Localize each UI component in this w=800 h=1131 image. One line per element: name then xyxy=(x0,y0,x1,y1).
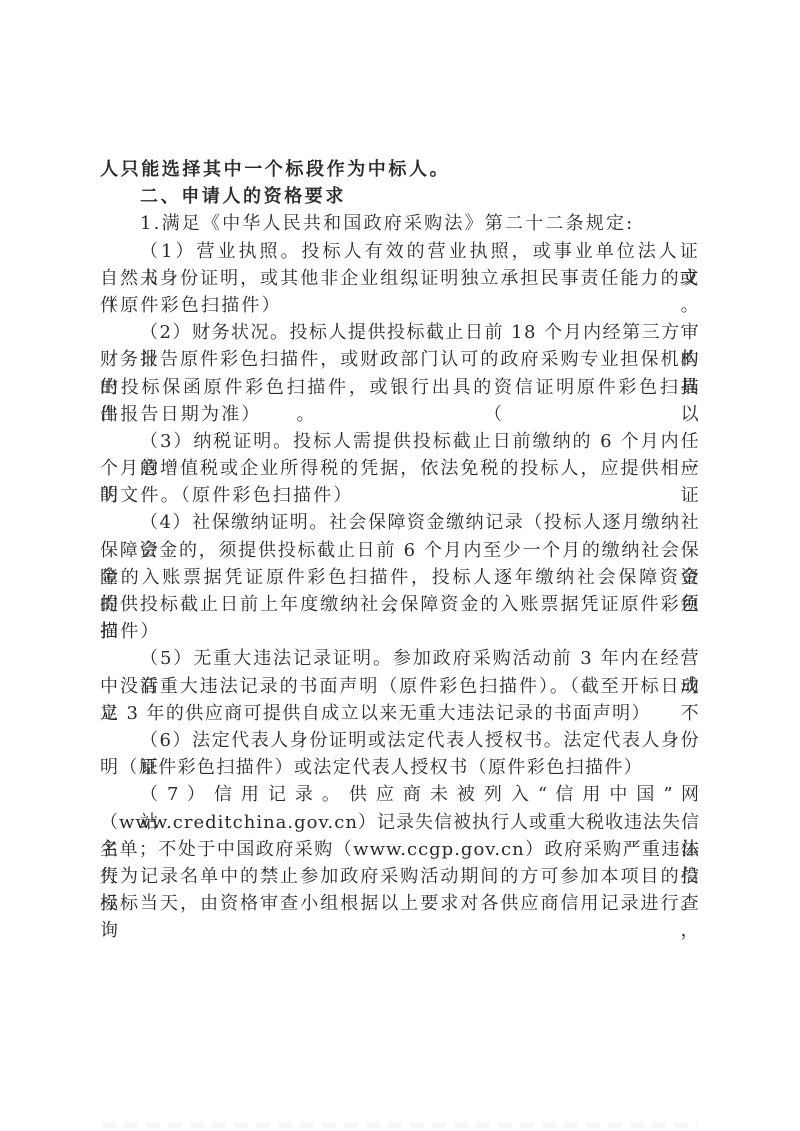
item-4-line-4: 提供投标截止日前上年度缴纳社会保障资金的入账票据凭证原件彩色扫 xyxy=(100,591,700,618)
item-1-line-1: （1）营业执照。投标人有效的营业执照，或事业单位法人证书，或 xyxy=(100,238,700,265)
item-3-line-1: （3）纳税证明。投标人需提供投标截止日前缴纳的 6 个月内任意一 xyxy=(100,428,700,455)
item-3-line-2: 个月的增值税或企业所得税的凭据，依法免税的投标人，应提供相应的证 xyxy=(100,455,700,482)
item-6-line-1: （6）法定代表人身份证明或法定代表人授权书。法定代表人身份证 xyxy=(100,727,700,754)
clause-1-intro: 1.满足《中华人民共和国政府采购法》第二十二条规定: xyxy=(100,210,700,237)
scan-bleed-through xyxy=(102,1122,698,1128)
item-2-line-2: 财务报告原件彩色扫描件，或财政部门认可的政府采购专业担保机构出具 xyxy=(100,346,700,373)
continuation-line: 人只能选择其中一个标段作为中标人。 xyxy=(100,156,700,183)
item-4-line-1: （4）社保缴纳证明。社会保障资金缴纳记录（投标人逐月缴纳社会 xyxy=(100,509,700,536)
item-5-line-1: （5）无重大违法记录证明。参加政府采购活动前 3 年内在经营活动 xyxy=(100,645,700,672)
item-7-line-4: 行为记录名单中的禁止参加政府采购活动期间的方可参加本项目的投标。 xyxy=(100,863,700,890)
document-page: 人只能选择其中一个标段作为中标人。 二、申请人的资格要求 1.满足《中华人民共和… xyxy=(100,156,700,917)
item-7-line-5: 投标当天，由资格审查小组根据以上要求对各供应商信用记录进行查询， xyxy=(100,890,700,917)
item-7-line-1: （ 7 ） 信 用 记 录 。 供 应 商 未 被 列 入 “ 信 用 中 国 … xyxy=(100,781,700,808)
item-5-line-2: 中没有重大违法记录的书面声明（原件彩色扫描件）。（截至开标日成立不 xyxy=(100,673,700,700)
item-7-line-3: 名单；不处于中国政府采购（www.ccgp.gov.cn）政府采购严重违法失信 xyxy=(100,836,700,863)
item-1-line-2: 自然人身份证明，或其他非企业组织证明独立承担民事责任能力的文件。 xyxy=(100,265,700,292)
section-heading: 二、申请人的资格要求 xyxy=(100,183,700,210)
item-6-line-2: 明（原件彩色扫描件）或法定代表人授权书（原件彩色扫描件） xyxy=(100,754,700,781)
item-7-line-2: （www.creditchina.gov.cn）记录失信被执行人或重大税收违法失… xyxy=(100,809,700,836)
item-4-line-3: 金的入账票据凭证原件彩色扫描件，投标人逐年缴纳社会保障资金的，须 xyxy=(100,564,700,591)
item-2-line-3: 的投标保函原件彩色扫描件，或银行出具的资信证明原件彩色扫描件。（以 xyxy=(100,374,700,401)
item-4-line-2: 保障资金的，须提供投标截止日前 6 个月内至少一个月的缴纳社会保障资 xyxy=(100,537,700,564)
item-2-line-1: （2）财务状况。投标人提供投标截止日前 18 个月内经第三方审计的 xyxy=(100,319,700,346)
item-4-line-5: 描件） xyxy=(100,618,700,645)
item-5-line-3: 足 3 年的供应商可提供自成立以来无重大违法记录的书面声明） xyxy=(100,700,700,727)
